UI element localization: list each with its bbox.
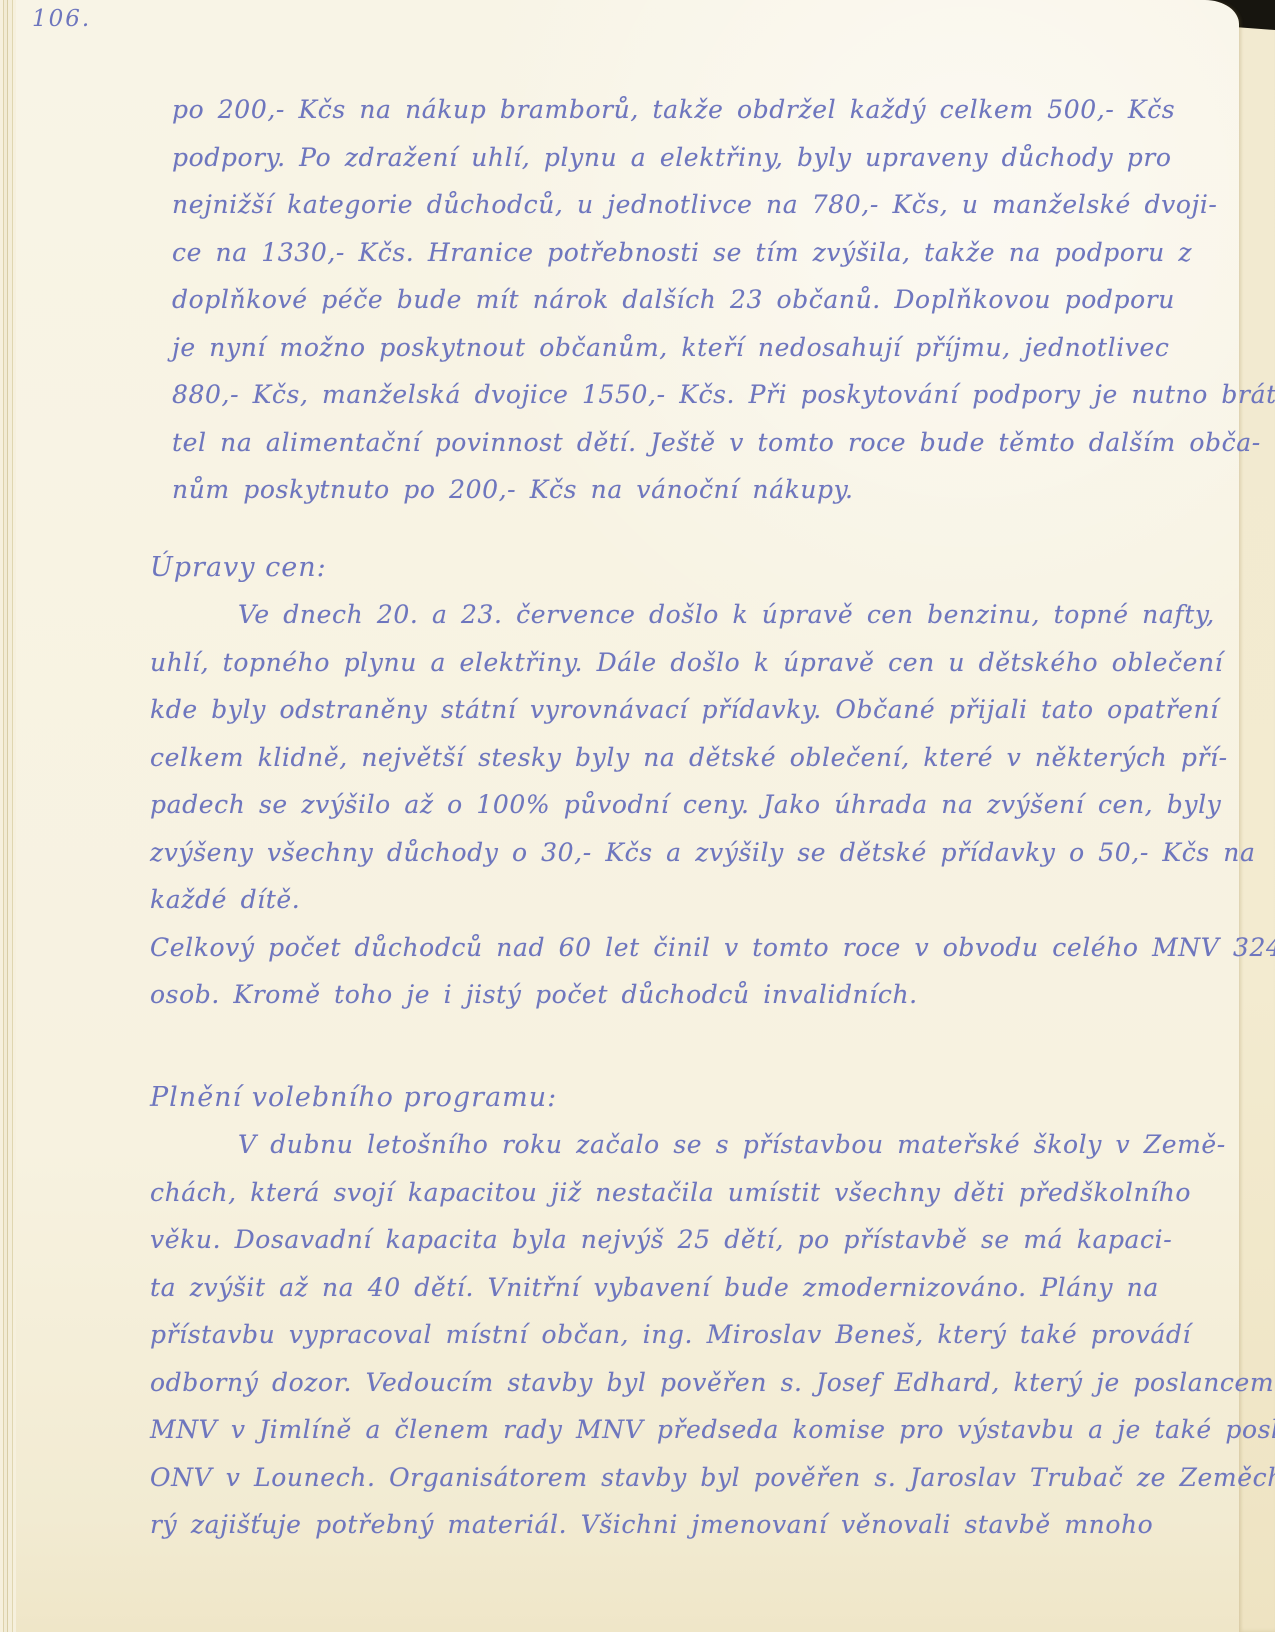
text-line: doplňkové péče bude mít nárok dalších 23… [172,276,1155,324]
text-line: kde byly odstraněny státní vyrovnávací p… [150,686,1155,734]
section: Plnění volebního programu:V dubnu letošn… [150,1074,1155,1549]
text-line: přístavbu vypracoval místní občan, ing. … [150,1311,1155,1359]
section-heading: Plnění volebního programu: [150,1074,1155,1122]
text-line: 880,- Kčs, manželská dvojice 1550,- Kčs.… [172,371,1155,419]
text-line: V dubnu letošního roku začalo se s příst… [150,1121,1155,1169]
text-line: padech se zvýšilo až o 100% původní ceny… [150,781,1155,829]
text-line: po 200,- Kčs na nákup bramborů, takže ob… [172,86,1155,134]
stacked-page-edges [0,0,16,1632]
text-line: ce na 1330,- Kčs. Hranice potřebnosti se… [172,229,1155,277]
text-line: tel na alimentační povinnost dětí. Ještě… [172,419,1155,467]
text-line: zvýšeny všechny důchody o 30,- Kčs a zvý… [150,829,1155,877]
text-line: osob. Kromě toho je i jistý počet důchod… [150,971,1155,1019]
text-line: nejnižší kategorie důchodců, u jednotliv… [172,181,1155,229]
text-line: nům poskytnuto po 200,- Kčs na vánoční n… [172,466,1155,514]
chronicle-page-scan: 106. po 200,- Kčs na nákup bramborů, tak… [0,0,1275,1632]
text-line: každé dítě. [150,876,1155,924]
text-line: věku. Dosavadní kapacita byla nejvýš 25 … [150,1216,1155,1264]
section: Úpravy cen:Ve dnech 20. a 23. července d… [150,544,1155,1019]
text-line: uhlí, topného plynu a elektřiny. Dále do… [150,639,1155,687]
section: po 200,- Kčs na nákup bramborů, takže ob… [172,86,1155,514]
text-line: podpory. Po zdražení uhlí, plynu a elekt… [172,134,1155,182]
page-number: 106. [32,6,91,32]
text-line: ta zvýšit až na 40 dětí. Vnitřní vybaven… [150,1264,1155,1312]
text-line: rý zajišťuje potřebný materiál. Všichni … [150,1501,1155,1549]
document-body: po 200,- Kčs na nákup bramborů, takže ob… [150,86,1155,1549]
text-line: odborný dozor. Vedoucím stavby byl pověř… [150,1359,1155,1407]
text-line: Ve dnech 20. a 23. července došlo k úpra… [150,591,1155,639]
text-line: celkem klidně, největší stesky byly na d… [150,734,1155,782]
text-line: ONV v Lounech. Organisátorem stavby byl … [150,1454,1155,1502]
text-line: chách, která svojí kapacitou již nestači… [150,1169,1155,1217]
text-line: Celkový počet důchodců nad 60 let činil … [150,924,1155,972]
text-line: MNV v Jimlíně a členem rady MNV předseda… [150,1406,1155,1454]
text-line: je nyní možno poskytnout občanům, kteří … [172,324,1155,372]
section-heading: Úpravy cen: [150,544,1155,592]
